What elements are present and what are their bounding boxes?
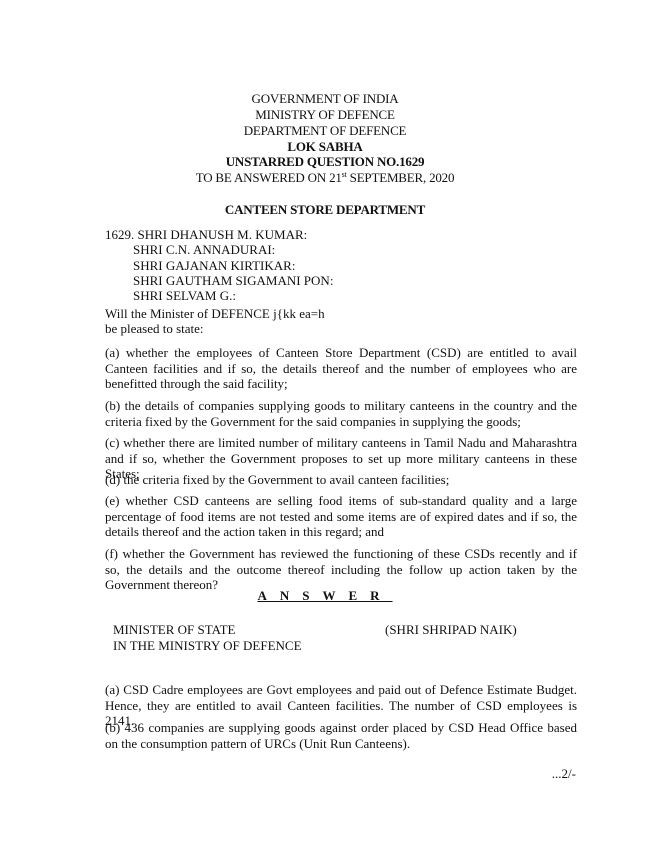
question-part-b: (b) the details of companies supplying g… — [105, 398, 577, 429]
header-department: DEPARTMENT OF DEFENCE — [0, 124, 650, 138]
document-page: GOVERNMENT OF INDIA MINISTRY OF DEFENCE … — [0, 0, 650, 841]
answer-date-suffix: SEPTEMBER, 2020 — [347, 170, 455, 185]
minister-name: (SHRI SHRIPAD NAIK) — [385, 622, 517, 638]
member-name: SHRI GAUTHAM SIGAMANI PON: — [133, 273, 333, 288]
intro-line-1: Will the Minister of DEFENCE j{kk ea=h — [105, 306, 577, 321]
member-name: SHRI GAJANAN KIRTIKAR: — [133, 258, 295, 273]
minister-line-1: MINISTER OF STATE — [113, 622, 302, 638]
answer-date-prefix: TO BE ANSWERED ON 21 — [196, 170, 342, 185]
question-part-f: (f) whether the Government has reviewed … — [105, 546, 577, 593]
header-answer-date: TO BE ANSWERED ON 21st SEPTEMBER, 2020 — [0, 171, 650, 185]
member-name: SHRI DHANUSH M. KUMAR: — [138, 227, 308, 242]
member-list: 1629. SHRI DHANUSH M. KUMAR: SHRI C.N. A… — [105, 227, 333, 303]
header-ministry: MINISTRY OF DEFENCE — [0, 108, 650, 122]
member-row: SHRI GAJANAN KIRTIKAR: — [105, 258, 333, 273]
member-name: SHRI SELVAM G.: — [133, 288, 236, 303]
member-row: 1629. SHRI DHANUSH M. KUMAR: — [105, 227, 333, 242]
subject-title: CANTEEN STORE DEPARTMENT — [0, 203, 650, 217]
answer-title-text: ANSWER — [257, 588, 392, 603]
member-row: SHRI SELVAM G.: — [105, 288, 333, 303]
question-number: 1629. — [105, 227, 134, 242]
page-continuation: ...2/- — [552, 766, 576, 782]
question-part-e: (e) whether CSD canteens are selling foo… — [105, 493, 577, 540]
member-name: SHRI C.N. ANNADURAI: — [133, 242, 275, 257]
answer-heading: ANSWER — [0, 588, 650, 604]
question-intro: Will the Minister of DEFENCE j{kk ea=h b… — [105, 306, 577, 336]
header-government: GOVERNMENT OF INDIA — [0, 92, 650, 106]
minister-designation: MINISTER OF STATE IN THE MINISTRY OF DEF… — [113, 622, 302, 654]
answer-part-b: (b) 436 companies are supplying goods ag… — [105, 720, 577, 751]
question-part-d: (d) the criteria fixed by the Government… — [105, 472, 577, 488]
minister-line-2: IN THE MINISTRY OF DEFENCE — [113, 638, 302, 654]
member-row: SHRI C.N. ANNADURAI: — [105, 242, 333, 257]
header-house: LOK SABHA — [0, 140, 650, 154]
header-question-no: UNSTARRED QUESTION NO.1629 — [0, 155, 650, 169]
question-part-a: (a) whether the employees of Canteen Sto… — [105, 345, 577, 392]
member-row: SHRI GAUTHAM SIGAMANI PON: — [105, 273, 333, 288]
intro-line-2: be pleased to state: — [105, 321, 577, 336]
